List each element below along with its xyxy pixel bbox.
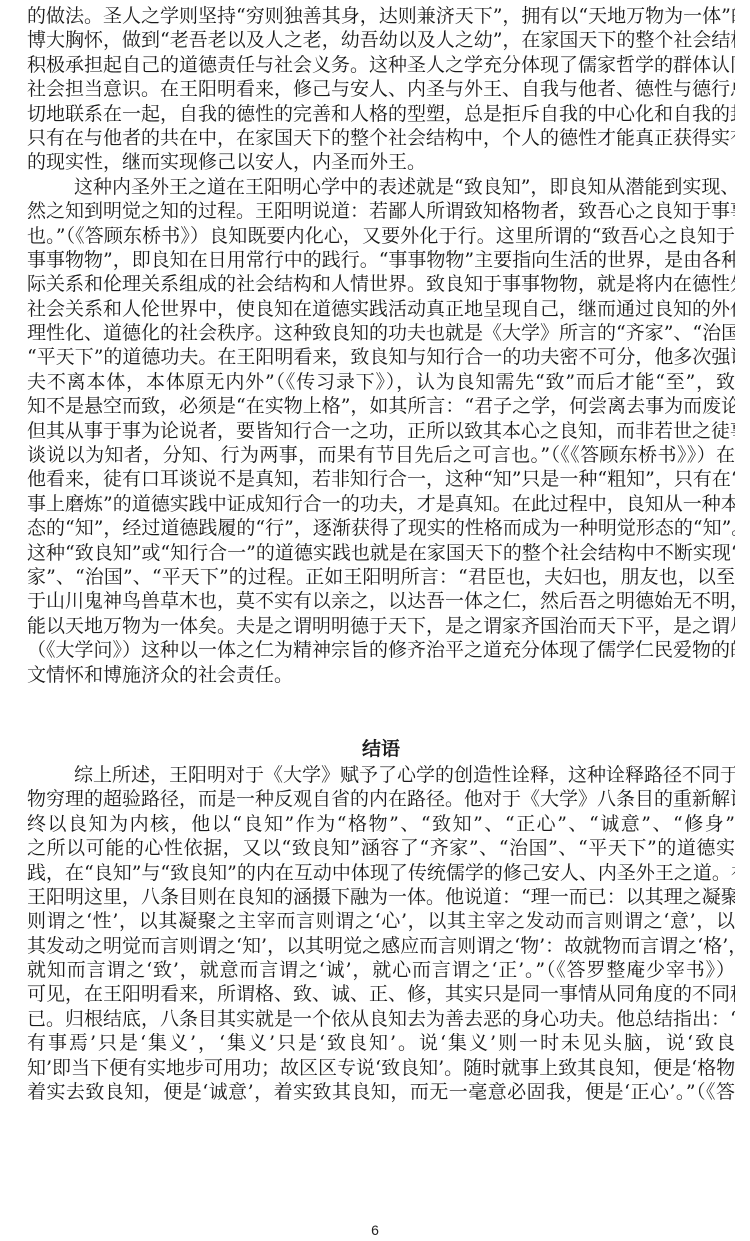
document-page: 的做法。圣人之学则坚持“穷则独善其身，达则兼济天下”，拥有以“天地万物为一体”的… xyxy=(27,4,735,1104)
text-line: 有事焉’只是‘集义’，‘集义’只是‘致良知’。说‘集义’则一时未见头脑，说‘致良 xyxy=(27,1031,735,1055)
text-line: 已。归根结底，八条目其实就是一个依从良知去为善去恶的身心功夫。他总结指出：“夫‘… xyxy=(27,1007,735,1031)
text-line: 但其从事于事为论说者，要皆知行合一之功，正所以致其本心之良知，而非若世之徒事口耳 xyxy=(27,419,735,443)
text-line: 谈说以为知者，分知、行为两事，而果有节目先后之可言也。”（《《答顾东桥书》》）在 xyxy=(27,443,735,467)
text-line: 综上所述，王阳明对于《大学》赋予了心学的创造性诠释，这种诠释路径不同于朱子即 xyxy=(27,763,735,787)
text-line: 只有在与他者的共在中，在家国天下的整个社会结构中，个人的德性才能真正获得实有诸己 xyxy=(27,126,735,150)
section-gap xyxy=(27,687,735,735)
paragraph-1: 的做法。圣人之学则坚持“穷则独善其身，达则兼济天下”，拥有以“天地万物为一体”的… xyxy=(27,4,735,175)
text-line: 着实去致良知，便是‘诚意’，着实致其良知，而无一毫意必固我，便是‘正心’。”（《… xyxy=(27,1080,735,1104)
text-line: 就知而言谓之‘致’，就意而言谓之‘诚’，就心而言谓之‘正’。”（《答罗整庵少宰书… xyxy=(27,958,735,982)
text-line: “平天下”的道德功夫。在王阳明看来，致良知与知行合一的功夫密不可分，他多次强调“… xyxy=(27,345,735,369)
text-line: 他看来，徒有口耳谈说不是真知，若非知行合一，这种“知”只是一种“粗知”，只有在“… xyxy=(27,467,735,491)
conclusion-paragraph: 综上所述，王阳明对于《大学》赋予了心学的创造性诠释，这种诠释路径不同于朱子即物穷… xyxy=(27,763,735,1104)
text-line: 态的“知”，经过道德践履的“行”，逐渐获得了现实的性格而成为一种明觉形态的“知”… xyxy=(27,516,735,540)
text-line: 的做法。圣人之学则坚持“穷则独善其身，达则兼济天下”，拥有以“天地万物为一体”的 xyxy=(27,4,735,28)
section-heading: 结语 xyxy=(27,735,735,763)
text-line: 则谓之‘性’，以其凝聚之主宰而言则谓之‘心’，以其主宰之发动而言则谓之‘意’，以 xyxy=(27,909,735,933)
text-line: 其发动之明觉而言则谓之‘知’，以其明觉之感应而言则谓之‘物’：故就物而言谓之‘格… xyxy=(27,934,735,958)
text-line: 文情怀和博施济众的社会责任。 xyxy=(27,663,735,687)
text-line: 知不是悬空而致，必须是“在实物上格”，如其所言：“君子之学，何尝离去事为而废论说… xyxy=(27,394,735,418)
text-line: 夫不离本体，本体原无内外”（《传习录下》），认为良知需先“致”而后才能“至”，致 xyxy=(27,370,735,394)
text-line: 然之知到明觉之知的过程。王阳明说道：若鄙人所谓致知格物者，致吾心之良知于事事物物 xyxy=(27,199,735,223)
text-line: 事事物物”，即良知在日用常行中的践行。“事事物物”主要指向生活的世界，是由各种人 xyxy=(27,248,735,272)
text-line: 这种内圣外王之道在王阳明心学中的表述就是“致良知”，即良知从潜能到实现、从本 xyxy=(27,175,735,199)
text-line: 事上磨炼”的道德实践中证成知行合一的功夫，才是真知。在此过程中，良知从一种本然形 xyxy=(27,492,735,516)
text-line: 践，在“良知”与“致良知”的内在互动中体现了传统儒学的修己安人、内圣外王之道。在 xyxy=(27,861,735,885)
text-line: 能以天地万物为一体矣。夫是之谓明明德于天下，是之谓家齐国治而天下平，是之谓尽性。… xyxy=(27,614,735,638)
text-line: （《大学问》）这种以一体之仁为精神宗旨的修齐治平之道充分体现了儒学仁民爱物的的人 xyxy=(27,638,735,662)
text-line: 也。”（《答顾东桥书》）良知既要内化心，又要外化于行。这里所谓的“致吾心之良知于 xyxy=(27,224,735,248)
text-line: 王阳明这里，八条目则在良知的涵摄下融为一体。他说道：“理一而已：以其理之凝聚而言 xyxy=(27,885,735,909)
text-line: 于山川鬼神鸟兽草木也，莫不实有以亲之，以达吾一体之仁，然后吾之明德始无不明，而真 xyxy=(27,589,735,613)
text-line: 家”、“治国”、“平天下”的过程。正如王阳明所言：“君臣也，夫妇也，朋友也，以至 xyxy=(27,565,735,589)
text-line: 可见，在王阳明看来，所谓格、致、诚、正、修，其实只是同一事情从同角度的不同称谓而 xyxy=(27,982,735,1006)
text-line: 切地联系在一起，自我的德性的完善和人格的型塑，总是拒斥自我的中心化和自我的封闭化… xyxy=(27,102,735,126)
page-number: 6 xyxy=(0,1222,750,1238)
text-line: 积极承担起自己的道德责任与社会义务。这种圣人之学充分体现了儒家哲学的群体认同感和 xyxy=(27,53,735,77)
text-line: 的现实性，继而实现修己以安人，内圣而外王。 xyxy=(27,150,735,174)
text-line: 之所以可能的心性依据，又以“致良知”涵容了“齐家”、“治国”、“平天下”的道德实 xyxy=(27,836,735,860)
text-line: 知’即当下便有实地步可用功；故区区专说‘致良知’。随时就事上致其良知，便是‘格物… xyxy=(27,1056,735,1080)
text-line: 理性化、道德化的社会秩序。这种致良知的功夫也就是《大学》所言的“齐家”、“治国”… xyxy=(27,321,735,345)
text-line: 这种“致良知”或“知行合一”的道德实践也就是在家国天下的整个社会结构中不断实现“… xyxy=(27,541,735,565)
text-line: 博大胸怀，做到“老吾老以及人之老，幼吾幼以及人之幼”，在家国天下的整个社会结构中 xyxy=(27,28,735,52)
paragraph-2: 这种内圣外王之道在王阳明心学中的表述就是“致良知”，即良知从潜能到实现、从本然之… xyxy=(27,175,735,687)
text-line: 终以良知为内核，他以“良知”作为“格物”、“致知”、“正心”、“诚意”、“修身” xyxy=(27,812,735,836)
text-line: 际关系和伦理关系组成的社会结构和人情世界。致良知于事事物物，就是将内在德性外化于 xyxy=(27,272,735,296)
text-line: 社会关系和人伦世界中，使良知在道德实践活动真正地呈现自己，继而通过良知的外化建立 xyxy=(27,297,735,321)
text-line: 社会担当意识。在王阳明看来，修己与安人、内圣与外王、自我与他者、德性与德行总是密 xyxy=(27,77,735,101)
text-line: 物穷理的超验路径，而是一种反观自省的内在路径。他对于《大学》八条目的重新解读，始 xyxy=(27,787,735,811)
